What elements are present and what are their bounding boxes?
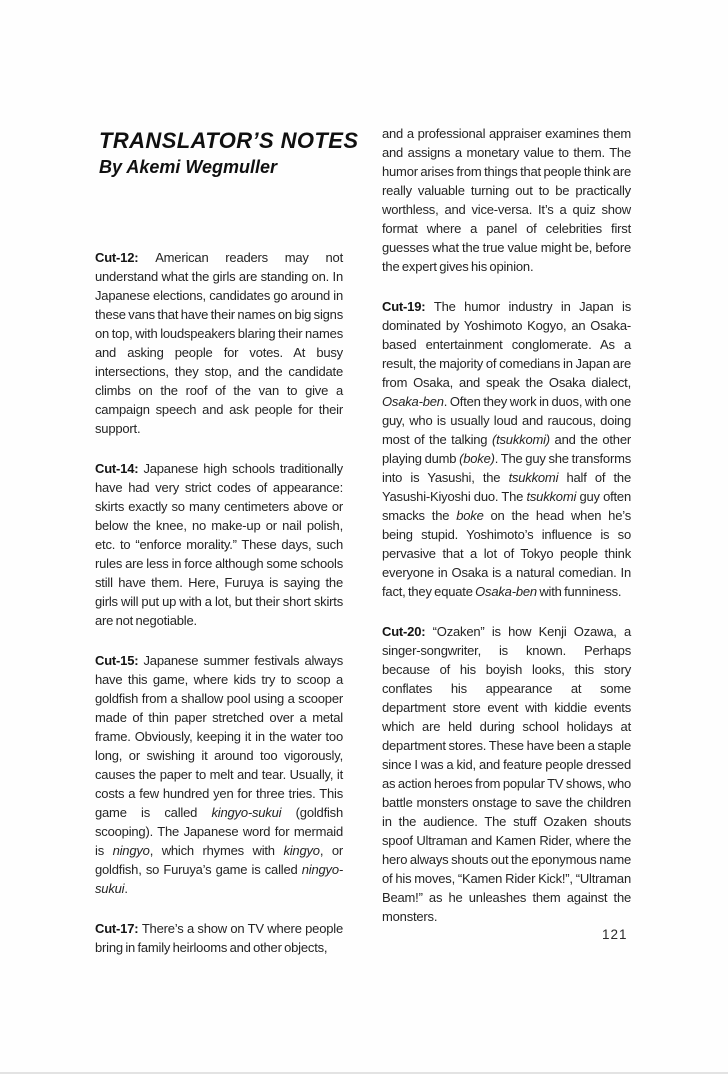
italic-term: kingyo [283, 843, 319, 858]
note-paragraph: Cut-14: Japanese high schools traditiona… [95, 459, 343, 630]
note-text: “Ozaken” is how Kenji Ozawa, a singer-so… [382, 624, 631, 924]
italic-term: (tsukkomi) [492, 432, 550, 447]
scanned-book-page: TRANSLATOR’S NOTES By Akemi Wegmuller Cu… [0, 0, 728, 1074]
cut-label: Cut-15: [95, 653, 143, 668]
italic-term: (boke) [459, 451, 495, 466]
italic-term: Osaka-ben [475, 584, 537, 599]
note-text: Japanese high schools traditionally have… [95, 461, 343, 628]
note-text: with funniness. [537, 584, 621, 599]
note-text: American readers may not understand what… [95, 250, 343, 436]
right-column: and a professional appraiser examines th… [382, 124, 631, 947]
cut-label: Cut-14: [95, 461, 143, 476]
page-number: 121 [602, 927, 628, 942]
cut-label: Cut-17: [95, 921, 142, 936]
italic-term: Osaka-ben [382, 394, 444, 409]
note-text: and a professional appraiser examines th… [382, 126, 631, 274]
cut-label: Cut-20: [382, 624, 433, 639]
note-text: Japanese summer festivals always have th… [95, 653, 343, 820]
byline: By Akemi Wegmuller [99, 157, 358, 178]
note-paragraph: Cut-17: There’s a show on TV where peopl… [95, 919, 343, 957]
note-paragraph: Cut-15: Japanese summer festivals always… [95, 651, 343, 898]
note-paragraph: and a professional appraiser examines th… [382, 124, 631, 276]
cut-label: Cut-19: [382, 299, 434, 314]
note-text: . [124, 881, 127, 896]
note-paragraph: Cut-19: The humor industry in Japan is d… [382, 297, 631, 601]
italic-term: ningyo [113, 843, 150, 858]
note-text: , which rhymes with [150, 843, 284, 858]
left-column: Cut-12: American readers may not underst… [95, 248, 343, 978]
italic-term: boke [456, 508, 483, 523]
cut-label: Cut-12: [95, 250, 155, 265]
italic-term: tsukkomi [509, 470, 559, 485]
note-paragraph: Cut-12: American readers may not underst… [95, 248, 343, 438]
note-paragraph: Cut-20: “Ozaken” is how Kenji Ozawa, a s… [382, 622, 631, 926]
italic-term: kingyo-sukui [211, 805, 281, 820]
italic-term: tsukkomi [526, 489, 576, 504]
page-title: TRANSLATOR’S NOTES [99, 128, 358, 153]
title-block: TRANSLATOR’S NOTES By Akemi Wegmuller [99, 128, 358, 178]
